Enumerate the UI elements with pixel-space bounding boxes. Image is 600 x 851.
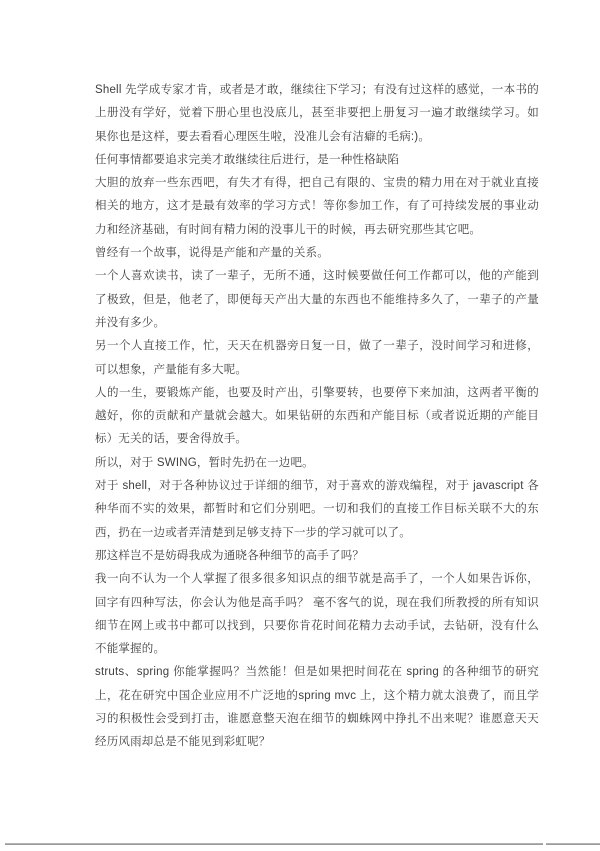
page-bottom-edge-left	[5, 843, 543, 845]
paragraph: 大胆的放弃一些东西吧，有失才有得，把自己有限的、宝贵的精力用在对于就业直接相关的…	[95, 172, 539, 242]
text-block: Shell 先学成专家才肯，或者是才敢，继续往下学习；有没有过这样的感觉，一本书…	[95, 79, 539, 755]
paragraph: 一个人喜欢读书，读了一辈子，无所不通，这时候要做任何工作都可以，他的产能到了极致…	[95, 265, 539, 335]
paragraph: 对于 shell，对于各种协议过于详细的细节，对于喜欢的游戏编程，对于 java…	[95, 475, 539, 545]
paragraph: 任何事情都要追求完美才敢继续往后进行，是一种性格缺陷	[95, 149, 539, 172]
paragraph: 那这样岂不是妨碍我成为通晓各种细节的高手了吗？	[95, 545, 539, 568]
paragraph: struts、spring 你能掌握吗？当然能！但是如果把时间花在 spring…	[95, 661, 539, 754]
page-bottom-edge-right	[546, 843, 600, 845]
paragraph: 人的一生，要锻炼产能，也要及时产出，引擎要转，也要停下来加油，这两者平衡的越好，…	[95, 382, 539, 452]
paragraph: 另一个人直接工作，忙，天天在机器旁日复一日，做了一辈子，没时间学习和进修，可以想…	[95, 335, 539, 382]
document-page: Shell 先学成专家才肯，或者是才敢，继续往下学习；有没有过这样的感觉，一本书…	[0, 0, 600, 851]
paragraph: 所以，对于 SWING，暂时先扔在一边吧。	[95, 452, 539, 475]
paragraph: 我一向不认为一个人掌握了很多很多知识点的细节就是高手了，一个人如果告诉你，回字有…	[95, 568, 539, 661]
paragraph: 曾经有一个故事，说得是产能和产量的关系。	[95, 242, 539, 265]
paragraph: Shell 先学成专家才肯，或者是才敢，继续往下学习；有没有过这样的感觉，一本书…	[95, 79, 539, 149]
